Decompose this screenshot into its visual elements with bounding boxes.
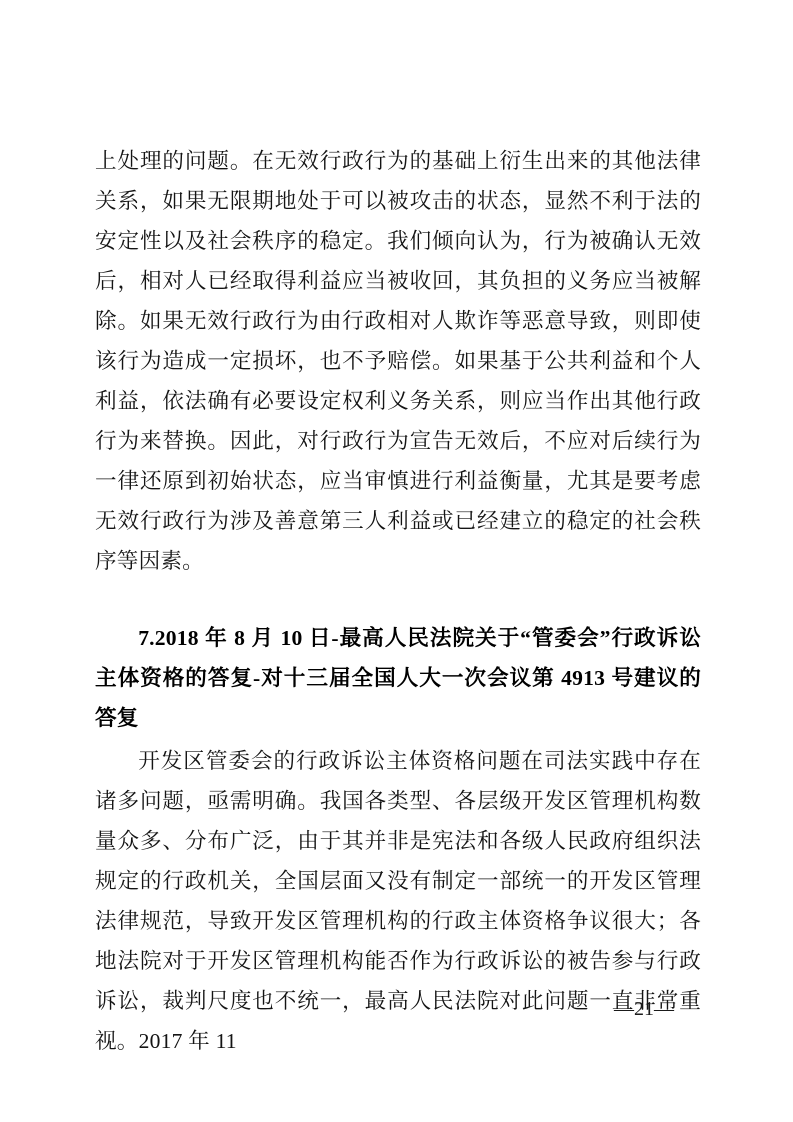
document-page: 上处理的问题。在无效行政行为的基础上衍生出来的其他法律关系，如果无限期地处于可以… bbox=[0, 0, 793, 1122]
paragraph-body: 开发区管委会的行政诉讼主体资格问题在司法实践中存在诸多问题，亟需明确。我国各类型… bbox=[95, 741, 701, 1061]
section-heading: 7.2018 年 8 月 10 日-最高人民法院关于“管委会”行政诉讼主体资格的… bbox=[95, 618, 701, 738]
paragraph-continuation: 上处理的问题。在无效行政行为的基础上衍生出来的其他法律关系，如果无限期地处于可以… bbox=[95, 141, 701, 581]
page-content: 上处理的问题。在无效行政行为的基础上衍生出来的其他法律关系，如果无限期地处于可以… bbox=[95, 121, 701, 1061]
page-number: —21— bbox=[614, 998, 674, 1020]
